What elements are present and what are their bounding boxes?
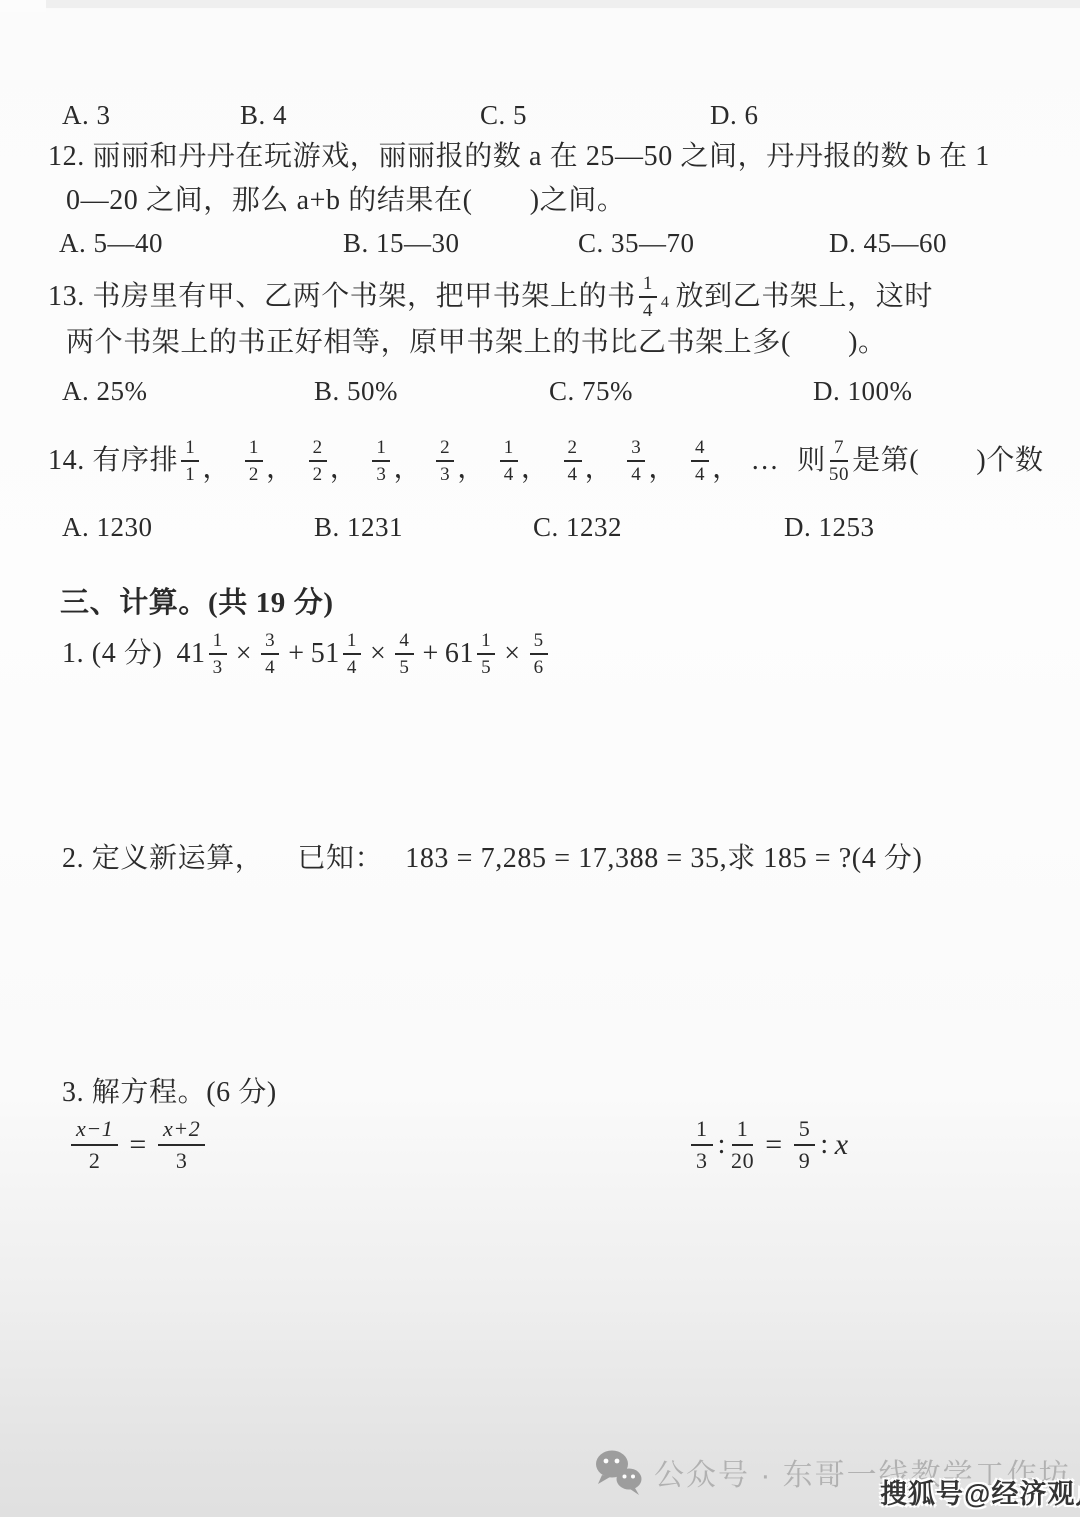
question-13-line1: 13. 书房里有甲、乙两个书架，把甲书架上的书 14 4 放到乙书架上，这时	[48, 272, 933, 322]
fraction: 56	[530, 631, 548, 677]
question-13-text-post: 放到乙书架上，这时	[676, 280, 933, 314]
fraction-1-20: 120	[731, 1118, 754, 1172]
equation-2: 13 : 120 = 59 : x	[686, 1116, 849, 1174]
whole-number: 41	[176, 637, 205, 671]
fraction-seq-6: 14	[500, 438, 518, 484]
question-12-line2: 0—20 之间，那么 a+b 的结果在( )之间。	[66, 184, 625, 218]
comma: ，	[266, 452, 299, 488]
problem-2-given: 已知：	[297, 842, 383, 876]
option-c: C. 75%	[549, 376, 633, 407]
comma: ，	[712, 452, 745, 488]
fraction-seq-2: 12	[245, 438, 263, 484]
option-c: C. 1232	[533, 512, 622, 543]
prev-question-options: A. 3 B. 4 C. 5 D. 6	[0, 100, 1080, 132]
fraction-seq-9: 44	[691, 438, 709, 484]
question-12-line1: 12. 丽丽和丹丹在玩游戏，丽丽报的数 a 在 25—50 之间，丹丹报的数 b…	[48, 140, 990, 174]
comma: ，	[648, 452, 681, 488]
option-b: B. 4	[240, 100, 287, 131]
top-strip	[0, 0, 1080, 8]
comma: ，	[457, 452, 490, 488]
question-13-line2: 两个书架上的书正好相等，原甲书架上的书比乙书架上多( )。	[66, 326, 887, 360]
comma: ，	[393, 452, 426, 488]
question-13-text-pre: 13. 书房里有甲、乙两个书架，把甲书架上的书	[48, 280, 636, 314]
top-notch	[0, 0, 46, 12]
calc-problem-2: 2. 定义新运算， 已知： 183 = 7,285 = 17,388 = 35,…	[62, 842, 922, 876]
option-d: D. 1253	[784, 512, 875, 543]
multiply-sign: ×	[236, 637, 252, 671]
fraction-seq-1: 11	[181, 438, 199, 484]
exam-paper-page: A. 3 B. 4 C. 5 D. 6 12. 丽丽和丹丹在玩游戏，丽丽报的数 …	[0, 0, 1080, 1517]
option-a: A. 5—40	[59, 228, 163, 259]
option-d: D. 6	[710, 100, 759, 131]
fraction-seq-7: 24	[564, 438, 582, 484]
whole-number: 61	[445, 637, 474, 671]
equation-1: x−12 = x+23	[66, 1116, 210, 1174]
problem-2-expression: 183 = 7,285 = 17,388 = 35,求 185 = ?(4 分)	[405, 842, 922, 876]
fraction: 14	[343, 631, 361, 677]
fraction: 13	[209, 631, 227, 677]
question-13-options: A. 25% B. 50% C. 75% D. 100%	[0, 376, 1080, 408]
fraction-seq-3: 22	[309, 438, 327, 484]
question-14-mid: 则	[797, 444, 826, 478]
option-c: C. 35—70	[578, 228, 695, 259]
fraction-seq-4: 13	[372, 438, 390, 484]
fraction: 45	[395, 631, 413, 677]
question-14-post: 是第( )个数	[852, 444, 1043, 478]
option-c: C. 5	[480, 100, 527, 131]
option-b: B. 15—30	[343, 228, 460, 259]
option-a: A. 1230	[62, 512, 153, 543]
problem-2-label: 2. 定义新运算，	[62, 842, 263, 876]
question-14-prefix: 14. 有序排	[48, 444, 178, 478]
fraction-7-50: 750	[829, 438, 849, 484]
fraction: 15	[477, 631, 495, 677]
option-d: D. 45—60	[829, 228, 947, 259]
option-b: B. 50%	[314, 376, 398, 407]
section-3-title: 三、计算。(共 19 分)	[60, 586, 334, 621]
fraction-extra-digit: 4	[661, 293, 670, 312]
multiply-sign: ×	[504, 637, 520, 671]
problem-1-label: 1. (4 分)	[62, 637, 162, 671]
variable-x: x	[835, 1127, 849, 1163]
question-12-options: A. 5—40 B. 15—30 C. 35—70 D. 45—60	[0, 228, 1080, 260]
equals-sign: =	[765, 1127, 783, 1163]
ratio-colon: :	[820, 1128, 828, 1162]
fraction-5-9: 59	[794, 1118, 816, 1172]
fraction-x-minus-1-over-2: x−12	[71, 1118, 118, 1172]
option-a: A. 25%	[62, 376, 148, 407]
fraction-x-plus-2-over-3: x+23	[158, 1118, 205, 1172]
question-14-line: 14. 有序排 11 ， 12 ， 22 ， 13 ， 23 ， 14 ， 24…	[48, 434, 1044, 488]
ellipsis: …	[751, 444, 780, 478]
comma: ，	[202, 452, 235, 488]
whole-number: 51	[311, 637, 340, 671]
calc-problem-3-label: 3. 解方程。(6 分)	[62, 1076, 277, 1110]
fraction-1-4: 14	[639, 274, 657, 320]
option-d: D. 100%	[813, 376, 913, 407]
comma: ，	[521, 452, 554, 488]
plus-sign: +	[288, 637, 304, 671]
fraction-seq-5: 23	[436, 438, 454, 484]
question-14-options: A. 1230 B. 1231 C. 1232 D. 1253	[0, 512, 1080, 544]
fraction-1-3: 13	[691, 1118, 713, 1172]
comma: ，	[585, 452, 618, 488]
fraction: 34	[261, 631, 279, 677]
calc-problem-1: 1. (4 分) 41 13 × 34 + 51 14 × 45 + 61 15…	[62, 628, 551, 680]
wechat-icon	[592, 1448, 646, 1496]
fraction-seq-8: 34	[627, 438, 645, 484]
equals-sign: =	[129, 1127, 147, 1163]
ratio-colon: :	[718, 1128, 726, 1162]
plus-sign: +	[423, 637, 439, 671]
option-a: A. 3	[62, 100, 111, 131]
multiply-sign: ×	[370, 637, 386, 671]
sohu-watermark: 搜狐号@经济观点	[880, 1472, 1080, 1511]
comma: ，	[330, 452, 363, 488]
option-b: B. 1231	[314, 512, 403, 543]
problem-1-expression: 41 13 × 34 + 51 14 × 45 + 61 15 × 56	[176, 631, 550, 677]
